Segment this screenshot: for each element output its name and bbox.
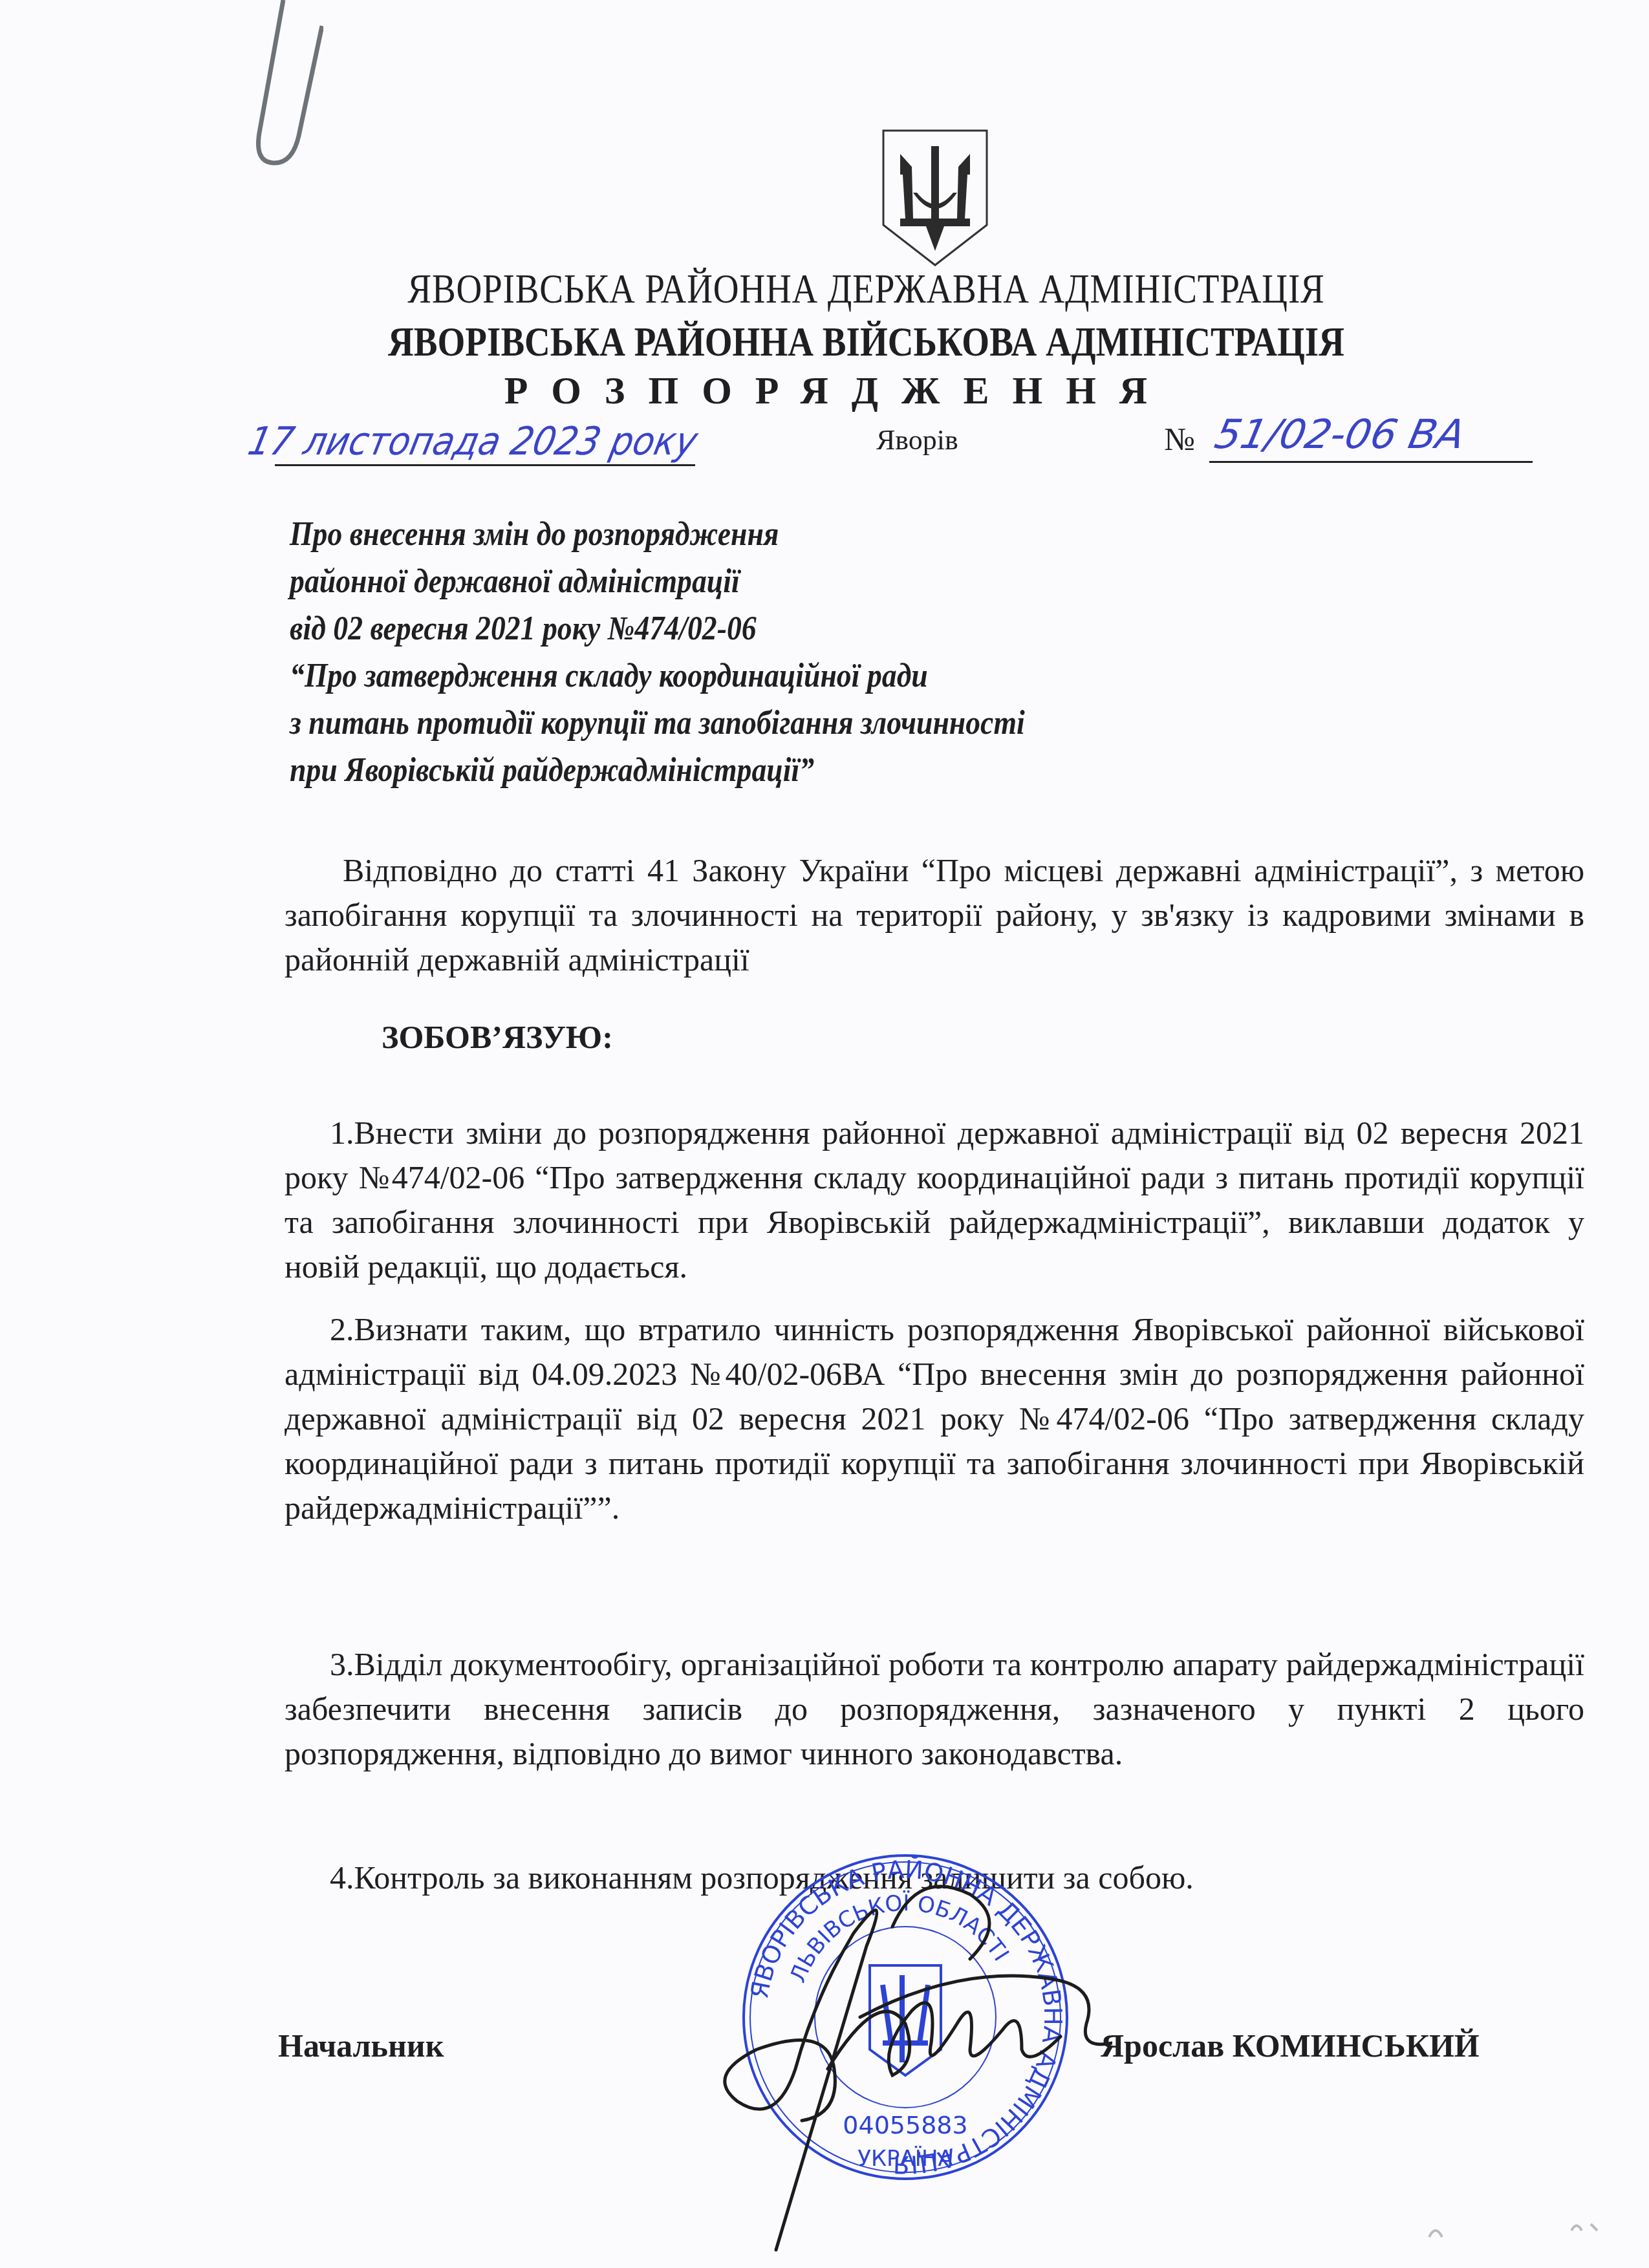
- handwritten-signature: [698, 1856, 1112, 2256]
- coat-of-arms-icon: [881, 128, 989, 267]
- preamble-paragraph: Відповідно до статті 41 Закону України “…: [285, 848, 1584, 982]
- order-number-handwritten: 51/02-06 ВА: [1211, 411, 1469, 458]
- subject-line: районної державної адміністрації: [290, 558, 1143, 605]
- order-item-3: 3.Відділ документообігу, організаційної …: [285, 1642, 1584, 1776]
- subject-line: при Яворівській райдержадміністрації”: [290, 747, 1143, 794]
- order-item-2: 2.Визнати таким, що втратило чинність ро…: [285, 1307, 1584, 1530]
- order-item-1: 1.Внести зміни до розпорядження районної…: [285, 1111, 1584, 1289]
- subject-block: Про внесення змін до розпорядження район…: [290, 511, 1143, 794]
- scan-artifact: [1416, 2211, 1610, 2250]
- directive-heading: ЗОБОВ’ЯЗУЮ:: [382, 1018, 613, 1056]
- signatory-name: Ярослав КОМИНСЬКИЙ: [1101, 2027, 1480, 2064]
- city-label: Яворів: [876, 423, 958, 456]
- header-state-administration: ЯВОРІВСЬКА РАЙОННА ДЕРЖАВНА АДМІНІСТРАЦІ…: [116, 265, 1534, 313]
- header-military-administration: ЯВОРІВСЬКА РАЙОННА ВІЙСЬКОВА АДМІНІСТРАЦ…: [116, 318, 1534, 366]
- signatory-title: Начальник: [278, 2027, 444, 2064]
- subject-line: Про внесення змін до розпорядження: [290, 511, 1143, 558]
- subject-line: від 02 вересня 2021 року №474/02-06: [290, 605, 1143, 652]
- number-underline: [1209, 461, 1533, 463]
- date-field: 17 листопада 2023 року: [249, 414, 799, 472]
- number-sign: №: [1164, 420, 1195, 458]
- paperclip-icon: [233, 0, 323, 168]
- document-type-title: РОЗПОРЯДЖЕННЯ: [0, 369, 1649, 413]
- date-handwritten: 17 листопада 2023 року: [244, 419, 702, 464]
- subject-line: “Про затвердження складу координаційної …: [290, 652, 1143, 700]
- subject-line: з питань протидії корупції та запобіганн…: [290, 700, 1143, 747]
- date-underline: [275, 464, 695, 466]
